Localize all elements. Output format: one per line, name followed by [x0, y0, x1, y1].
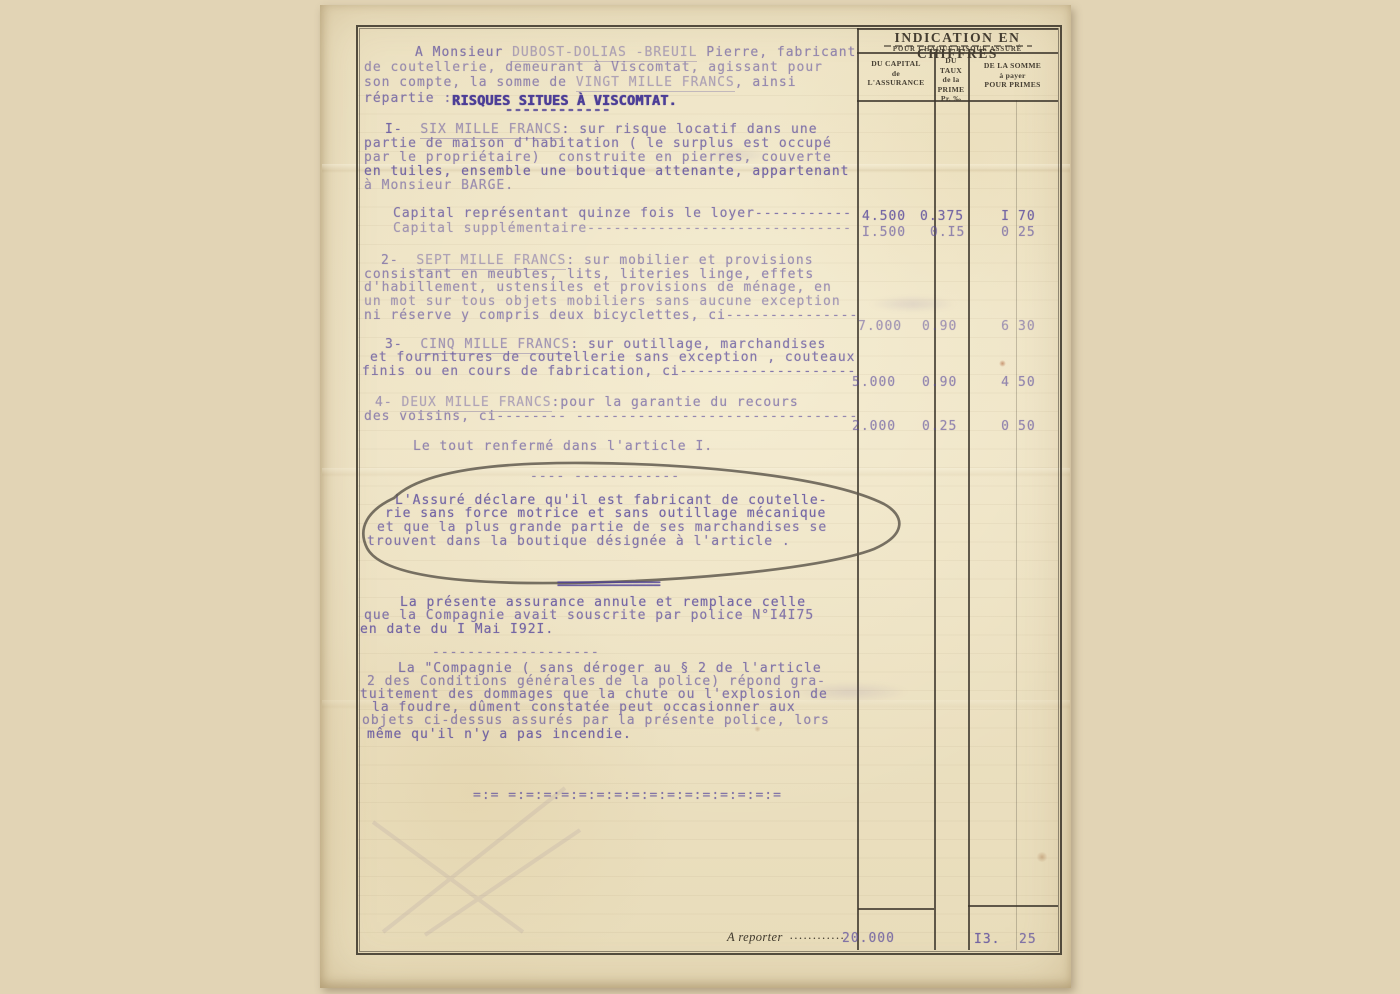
heading-underline: ------------ — [505, 104, 611, 117]
insured-sum: VINGT MILLE FRANCS — [576, 75, 735, 92]
somme-centimes: 30 — [1018, 320, 1036, 333]
table-subtitle: POUR CHAQUE RISQUE ASSURÉ — [858, 46, 1057, 53]
address-post: Pierre, fabricant — [697, 45, 856, 60]
somme-centimes: 50 — [1018, 420, 1036, 433]
watermark-showthrough — [365, 760, 595, 940]
total-francs: I3. — [974, 933, 1000, 946]
somme-centimes: 25 — [1018, 226, 1036, 239]
report-label: A reporter — [727, 930, 783, 945]
somme-francs: 4 — [998, 376, 1010, 389]
capital-value: 4.500 — [862, 210, 906, 223]
typed-line: de coutellerie, demeurant à Viscomtat, a… — [364, 61, 823, 74]
total-centimes: 25 — [1019, 933, 1037, 946]
capital-total: 20.000 — [842, 932, 895, 945]
column-header-taux: DU TAUX de la PRIME Pr. ‰ — [934, 56, 968, 104]
item-text: :pour la garantie du recours — [552, 395, 799, 410]
somme-centimes: 50 — [1018, 376, 1036, 389]
typed-line: répartie : — [364, 92, 452, 105]
column-header-capital: DU CAPITAL de L'ASSURANCE — [858, 59, 934, 88]
typed-line: à Monsieur BARGE. — [364, 179, 514, 192]
rust-spot — [1036, 852, 1048, 862]
typed-line: un mot sur tous objets mobiliers sans au… — [364, 295, 841, 308]
rust-spot — [999, 360, 1006, 367]
typed-line: A Monsieur DUBOST-DOLIAS -BREUIL Pierre,… — [415, 46, 856, 59]
table-rule-col2 — [968, 52, 970, 950]
rust-spot — [754, 726, 761, 732]
typed-line: objets ci-dessus assurés par la présente… — [362, 714, 830, 727]
item-number: 4- — [375, 395, 401, 410]
typed-line: I- SIX MILLE FRANCS: sur risque locatif … — [385, 123, 818, 136]
typed-line: ni réserve y compris deux bicyclettes, c… — [364, 309, 858, 322]
somme-francs: I — [998, 210, 1010, 223]
somme-francs: 6 — [998, 320, 1010, 333]
typed-line: en tuiles, ensemble une boutique attenan… — [364, 165, 849, 178]
taux-value: 0.90 — [922, 320, 957, 333]
address-pre: son compte, la somme de — [364, 75, 576, 90]
typed-line: 4- DEUX MILLE FRANCS:pour la garantie du… — [375, 396, 799, 409]
item-number: I- — [385, 122, 420, 137]
typed-line: Capital supplémentaire------------------… — [393, 222, 852, 235]
capital-value: 7.000 — [858, 320, 902, 333]
typed-line: et fournitures de coutellerie sans excep… — [370, 351, 855, 364]
capital-value: 5.000 — [852, 376, 896, 389]
typed-line: son compte, la somme de VINGT MILLE FRAN… — [364, 76, 797, 89]
separator-dashes: ------------------- — [432, 646, 600, 659]
capital-value: I.500 — [862, 226, 906, 239]
table-rule-total-capital — [858, 908, 934, 910]
typed-line: finis ou en cours de fabrication, ci----… — [362, 365, 856, 378]
ink-showthrough — [790, 682, 910, 702]
pen-circle-annotation — [352, 452, 918, 597]
report-dots: ............ — [790, 928, 846, 943]
column-header-somme: DE LA SOMME à payer POUR PRIMES — [968, 61, 1057, 90]
table-rule-centimes — [1016, 100, 1017, 950]
somme-francs: 0 — [998, 226, 1010, 239]
typed-line: 2- SEPT MILLE FRANCS: sur mobilier et pr… — [381, 254, 814, 267]
typed-line: en date du I Mai I92I. — [360, 623, 554, 636]
typed-line: même qu'il n'y a pas incendie. — [367, 728, 632, 741]
somme-francs: 0 — [998, 420, 1010, 433]
capital-value: 2.000 — [852, 420, 896, 433]
typed-line: Capital représentant quinze fois le loye… — [393, 207, 852, 220]
typed-line: que la Compagnie avait souscrite par pol… — [364, 609, 814, 622]
table-rule-col1 — [934, 52, 936, 950]
somme-centimes: 70 — [1018, 210, 1036, 223]
ink-showthrough — [700, 148, 770, 162]
ink-showthrough — [868, 296, 958, 312]
scanned-document: INDICATION EN CHIFFRES POUR CHAQUE RISQU… — [0, 0, 1400, 994]
item-number: 2- — [381, 253, 416, 268]
typed-line: des voisins, ci-------- ----------------… — [364, 410, 858, 423]
item-text: : sur risque locatif dans une — [562, 122, 818, 137]
address-post: , ainsi — [735, 75, 797, 90]
table-rule-total-somme — [968, 905, 1058, 907]
taux-value: 0.25 — [922, 420, 957, 433]
taux-value: 0.I5 — [930, 226, 965, 239]
separator-heavy: =============== — [557, 578, 659, 591]
taux-value: 0.90 — [922, 376, 957, 389]
address-pre: A Monsieur — [415, 45, 512, 60]
taux-value: 0.375 — [920, 210, 964, 223]
item-text: : sur mobilier et provisions — [566, 253, 813, 268]
typed-line: d'habillement, ustensiles et provisions … — [364, 281, 832, 294]
